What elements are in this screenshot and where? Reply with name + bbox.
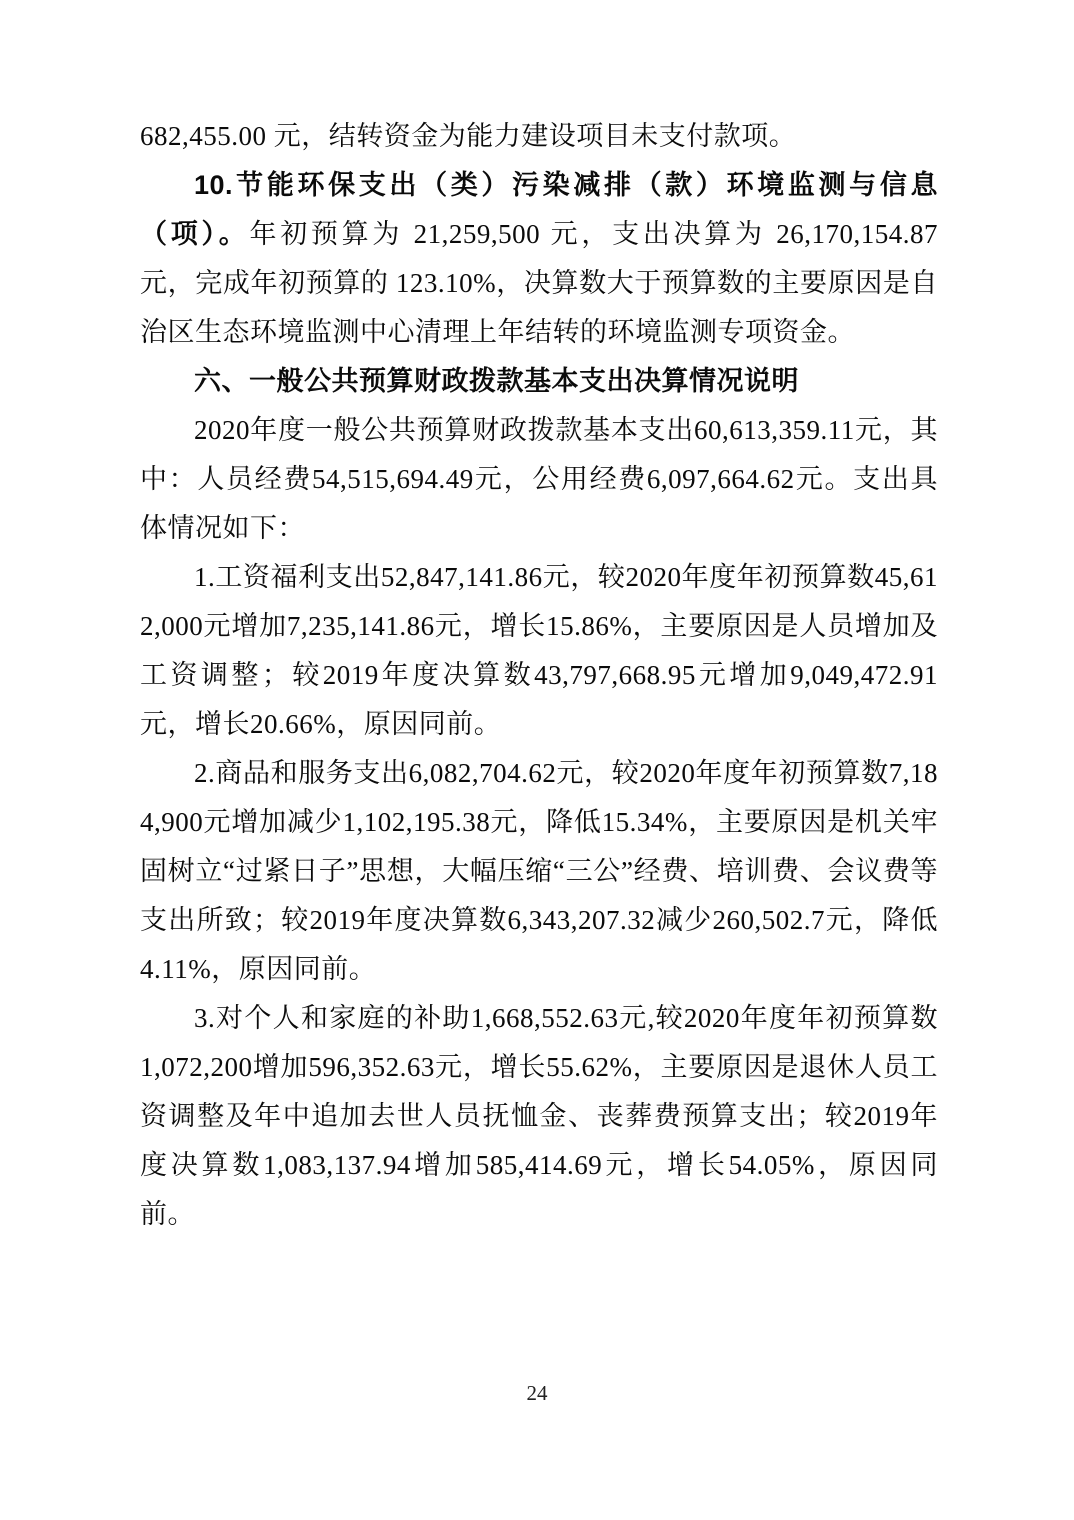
section-6-heading: 六、一般公共预算财政拨款基本支出决算情况说明 xyxy=(140,357,938,406)
paragraph-carryover: 682,455.00 元，结转资金为能力建设项目未支付款项。 xyxy=(140,112,938,161)
paragraph-item-1-wages: 1.工资福利支出52,847,141.86元，较2020年度年初预算数45,61… xyxy=(140,553,938,749)
paragraph-item-10: 10.节能环保支出（类）污染减排（款）环境监测与信息（项）。年初预算为 21,2… xyxy=(140,161,938,357)
paragraph-item-3-subsidies: 3.对个人和家庭的补助1,668,552.63元,较2020年度年初预算数1,0… xyxy=(140,994,938,1239)
document-page: 682,455.00 元，结转资金为能力建设项目未支付款项。 10.节能环保支出… xyxy=(0,0,1074,1520)
item-10-body: 年初预算为 21,259,500 元，支出决算为 26,170,154.87 元… xyxy=(140,219,938,347)
document-body: 682,455.00 元，结转资金为能力建设项目未支付款项。 10.节能环保支出… xyxy=(140,112,938,1239)
page-number: 24 xyxy=(0,1378,1074,1408)
paragraph-item-2-goods-services: 2.商品和服务支出6,082,704.62元，较2020年度年初预算数7,184… xyxy=(140,749,938,994)
section-6-intro: 2020年度一般公共预算财政拨款基本支出60,613,359.11元，其中：人员… xyxy=(140,406,938,553)
